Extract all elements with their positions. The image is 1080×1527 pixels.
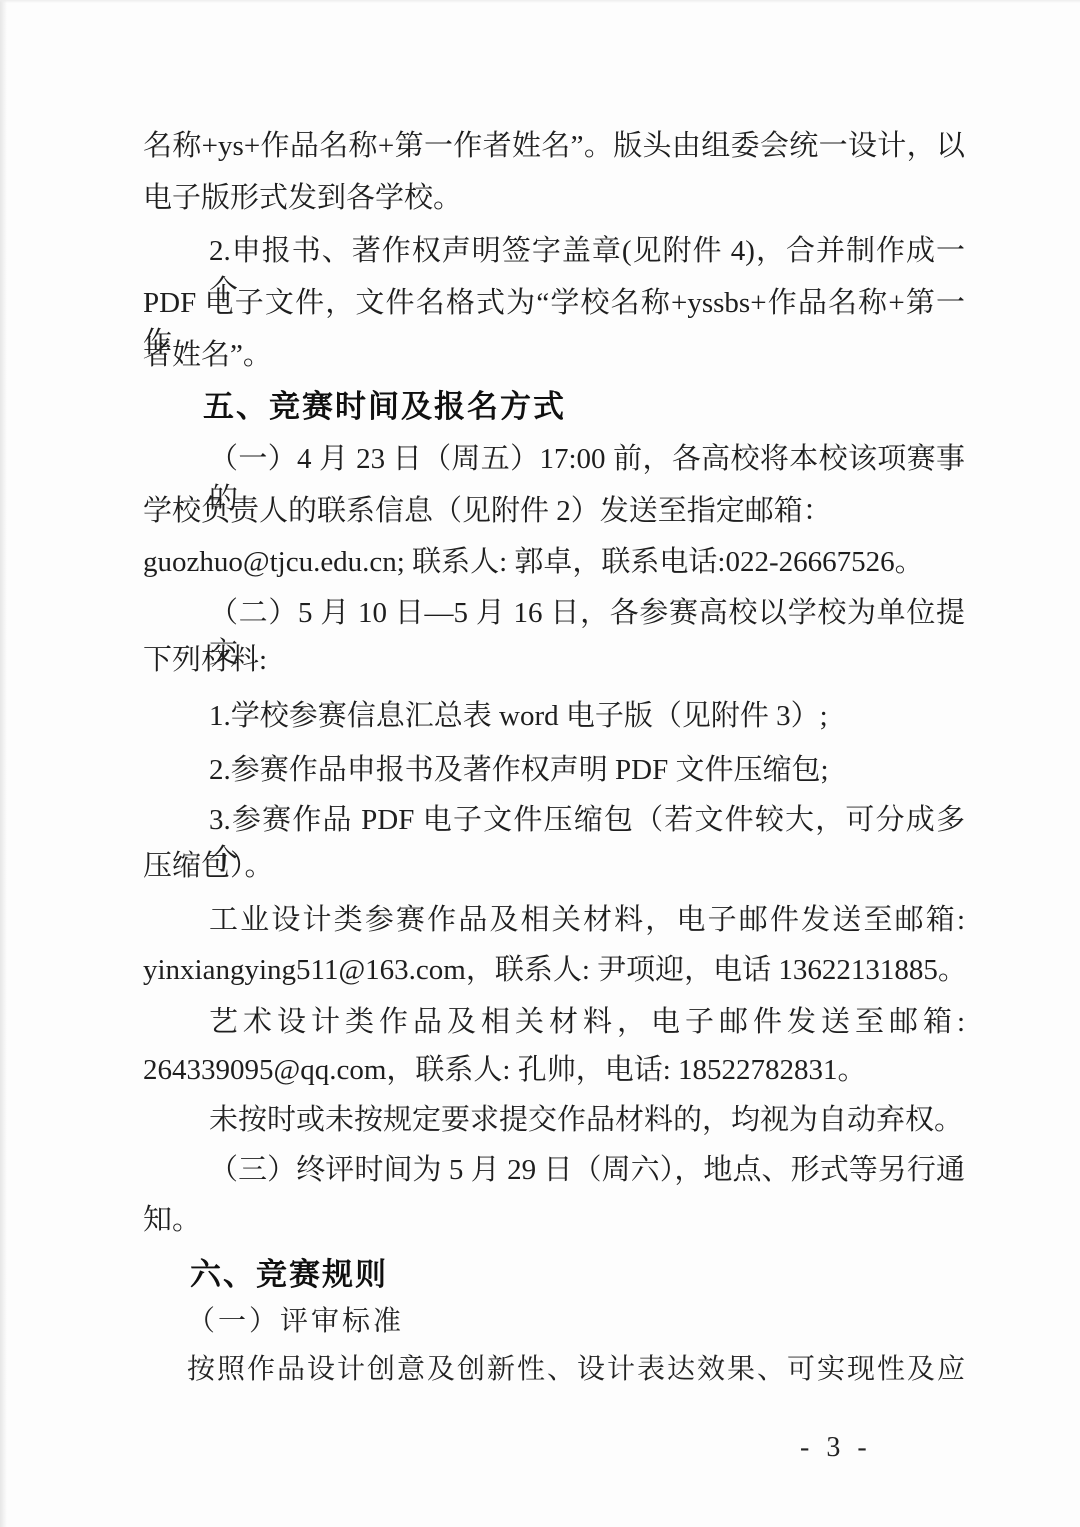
body-line: 下列材料: — [143, 640, 965, 680]
subheading-line: （一）评审标准 — [143, 1302, 965, 1342]
contact-email-line: yinxiangying511@163.com，联系人: 尹项迎，电话 1362… — [143, 950, 965, 990]
body-line: 名称+ys+作品名称+第一作者姓名”。版头由组委会统一设计，以 — [143, 126, 965, 166]
scan-edge-artifact — [0, 0, 1080, 3]
page-number: - 3 - — [800, 1432, 872, 1464]
contact-email-line: guozhuo@tjcu.edu.cn; 联系人: 郭卓，联系电话:022-26… — [143, 542, 965, 582]
body-line: 者姓名”。 — [143, 335, 965, 375]
body-line: （三）终评时间为 5 月 29 日（周六），地点、形式等另行通 — [143, 1150, 965, 1190]
body-line: 未按时或未按规定要求提交作品材料的，均视为自动弃权。 — [143, 1100, 965, 1140]
body-line: 电子版形式发到各学校。 — [143, 178, 965, 218]
body-line: 艺术设计类作品及相关材料，电子邮件发送至邮箱: — [143, 1002, 965, 1042]
list-item-line: 1.学校参赛信息汇总表 word 电子版（见附件 3）; — [143, 696, 965, 736]
heading-section-5: 五、竞赛时间及报名方式 — [143, 387, 965, 427]
scan-edge-artifact — [0, 0, 7, 1527]
document-page: 名称+ys+作品名称+第一作者姓名”。版头由组委会统一设计，以 电子版形式发到各… — [0, 0, 1080, 1527]
contact-email-line: 264339095@qq.com，联系人: 孔帅，电话: 18522782831… — [143, 1050, 965, 1090]
body-line: 按照作品设计创意及创新性、设计表达效果、可实现性及应 — [143, 1350, 965, 1390]
heading-section-6: 六、竞赛规则 — [143, 1255, 965, 1295]
body-line: 工业设计类参赛作品及相关材料，电子邮件发送至邮箱: — [143, 900, 965, 940]
list-item-line: 2.参赛作品申报书及著作权声明 PDF 文件压缩包; — [143, 750, 965, 790]
body-line: 压缩包）。 — [143, 846, 965, 886]
body-line: 学校负责人的联系信息（见附件 2）发送至指定邮箱： — [143, 491, 965, 531]
body-line: 知。 — [143, 1200, 965, 1240]
